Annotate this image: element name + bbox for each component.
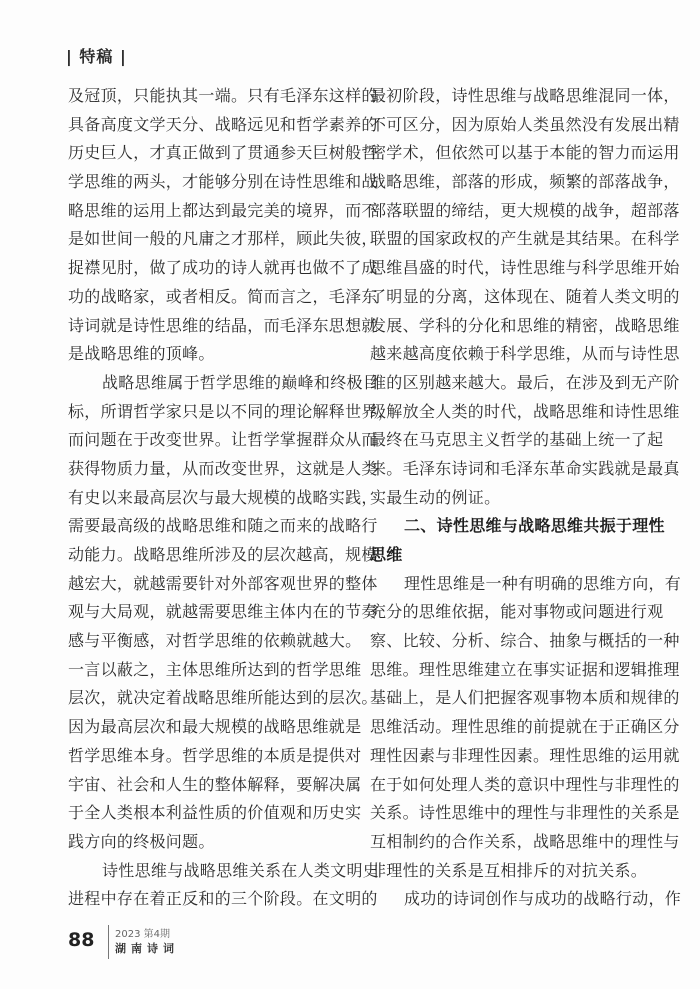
text-line: 理性因素与非理性因素。理性思维的运用就 xyxy=(370,742,638,771)
footer-divider xyxy=(108,925,109,959)
text-line: 进程中存在着正反和的三个阶段。在文明的 xyxy=(68,885,336,914)
text-line: 获得物质力量，从而改变世界，这就是人类 xyxy=(68,455,336,484)
text-line: 观与大局观，就越需要思维主体内在的节奏 xyxy=(68,598,336,627)
text-line: 一言以蔽之，主体思维所达到的哲学思维 xyxy=(68,656,336,685)
text-line: 及冠顶，只能执其一端。只有毛泽东这样的 xyxy=(68,82,336,111)
text-line: 在于如何处理人类的意识中理性与非理性的 xyxy=(370,771,638,800)
text-line: 于全人类根本利益性质的价值观和历史实 xyxy=(68,799,336,828)
text-line: 不可区分，因为原始人类虽然没有发展出精 xyxy=(370,111,638,140)
text-line: 历史巨人，才真正做到了贯通参天巨树般哲 xyxy=(68,139,336,168)
section-heading-line: 思维 xyxy=(370,541,638,570)
text-line: 级解放全人类的时代，战略思维和诗性思维 xyxy=(370,398,638,427)
text-line: 充分的思维依据，能对事物或问题进行观 xyxy=(370,598,638,627)
section-heading-line: 二、诗性思维与战略思维共振于理性 xyxy=(370,512,638,541)
text-line: 略思维的运用上都达到最完美的境界，而不 xyxy=(68,197,336,226)
text-line: 捉襟见肘，做了成功的诗人就再也做不了成 xyxy=(68,254,336,283)
text-line: 有史以来最高层次与最大规模的战略实践， xyxy=(68,484,336,513)
text-line: 越宏大，就越需要针对外部客观世界的整体 xyxy=(68,570,336,599)
text-line: 了明显的分离，这体现在、随着人类文明的 xyxy=(370,283,638,312)
text-line: 具备高度文学天分、战略远见和哲学素养的 xyxy=(68,111,336,140)
text-line: 最初阶段，诗性思维与战略思维混同一体， xyxy=(370,82,638,111)
text-line: 理性思维是一种有明确的思维方向，有 xyxy=(370,570,638,599)
text-line: 思维。理性思维建立在事实证据和逻辑推理 xyxy=(370,656,638,685)
text-line: 诗性思维与战略思维关系在人类文明史 xyxy=(68,857,336,886)
text-line: 层次，就决定着战略思维所能达到的层次。 xyxy=(68,684,336,713)
left-text-column: 及冠顶，只能执其一端。只有毛泽东这样的具备高度文学天分、战略远见和哲学素养的历史… xyxy=(68,82,336,914)
text-line: 因为最高层次和最大规模的战略思维就是 xyxy=(68,713,336,742)
text-line: 学思维的两头，才能够分别在诗性思维和战 xyxy=(68,168,336,197)
text-line: 基础上，是人们把握客观事物本质和规律的 xyxy=(370,684,638,713)
text-line: 关系。诗性思维中的理性与非理性的关系是 xyxy=(370,799,638,828)
magazine-page: | 特稿 | 及冠顶，只能执其一端。只有毛泽东这样的具备高度文学天分、战略远见和… xyxy=(0,0,700,989)
journal-name: 湖南诗词 xyxy=(115,940,179,956)
text-line: 需要最高级的战略思维和随之而来的战略行 xyxy=(68,512,336,541)
text-line: 思维活动。理性思维的前提就在于正确区分 xyxy=(370,713,638,742)
text-line: 动能力。战略思维所涉及的层次越高，规模 xyxy=(68,541,336,570)
text-line: 非理性的关系是互相排斥的对抗关系。 xyxy=(370,857,638,886)
text-line: 互相制约的合作关系，战略思维中的理性与 xyxy=(370,828,638,857)
text-line: 来。毛泽东诗词和毛泽东革命实践就是最真 xyxy=(370,455,638,484)
text-line: 标，所谓哲学家只是以不同的理论解释世界， xyxy=(68,398,336,427)
text-line: 密学术，但依然可以基于本能的智力而运用 xyxy=(370,139,638,168)
text-line: 联盟的国家政权的产生就是其结果。在科学 xyxy=(370,225,638,254)
text-line: 成功的诗词创作与成功的战略行动，作 xyxy=(370,885,638,914)
text-line: 诗词就是诗性思维的结晶，而毛泽东思想就 xyxy=(68,312,336,341)
text-line: 是如世间一般的凡庸之才那样，顾此失彼， xyxy=(68,225,336,254)
text-line: 哲学思维本身。哲学思维的本质是提供对 xyxy=(68,742,336,771)
text-line: 实最生动的例证。 xyxy=(370,484,638,513)
page-number: 88 xyxy=(68,929,94,951)
text-line: 部落联盟的缔结，更大规模的战争，超部落 xyxy=(370,197,638,226)
text-line: 战略思维，部落的形成，频繁的部落战争， xyxy=(370,168,638,197)
right-text-column: 最初阶段，诗性思维与战略思维混同一体，不可区分，因为原始人类虽然没有发展出精密学… xyxy=(370,82,638,914)
text-line: 是战略思维的顶峰。 xyxy=(68,340,336,369)
text-line: 思维昌盛的时代，诗性思维与科学思维开始 xyxy=(370,254,638,283)
text-line: 最终在马克思主义哲学的基础上统一了起 xyxy=(370,426,638,455)
text-line: 宇宙、社会和人生的整体解释，要解决属 xyxy=(68,771,336,800)
text-line: 而问题在于改变世界。让哲学掌握群众从而 xyxy=(68,426,336,455)
text-line: 感与平衡感，对哲学思维的依赖就越大。 xyxy=(68,627,336,656)
text-line: 越来越高度依赖于科学思维，从而与诗性思 xyxy=(370,340,638,369)
text-line: 践方向的终极问题。 xyxy=(68,828,336,857)
text-line: 察、比较、分析、综合、抽象与概括的一种 xyxy=(370,627,638,656)
text-line: 维的区别越来越大。最后，在涉及到无产阶 xyxy=(370,369,638,398)
section-tag: | 特稿 | xyxy=(66,44,127,67)
text-line: 功的战略家，或者相反。简而言之，毛泽东 xyxy=(68,283,336,312)
issue-label: 2023 第4期 xyxy=(115,925,170,940)
text-line: 战略思维属于哲学思维的巅峰和终极目 xyxy=(68,369,336,398)
text-line: 发展、学科的分化和思维的精密，战略思维 xyxy=(370,312,638,341)
